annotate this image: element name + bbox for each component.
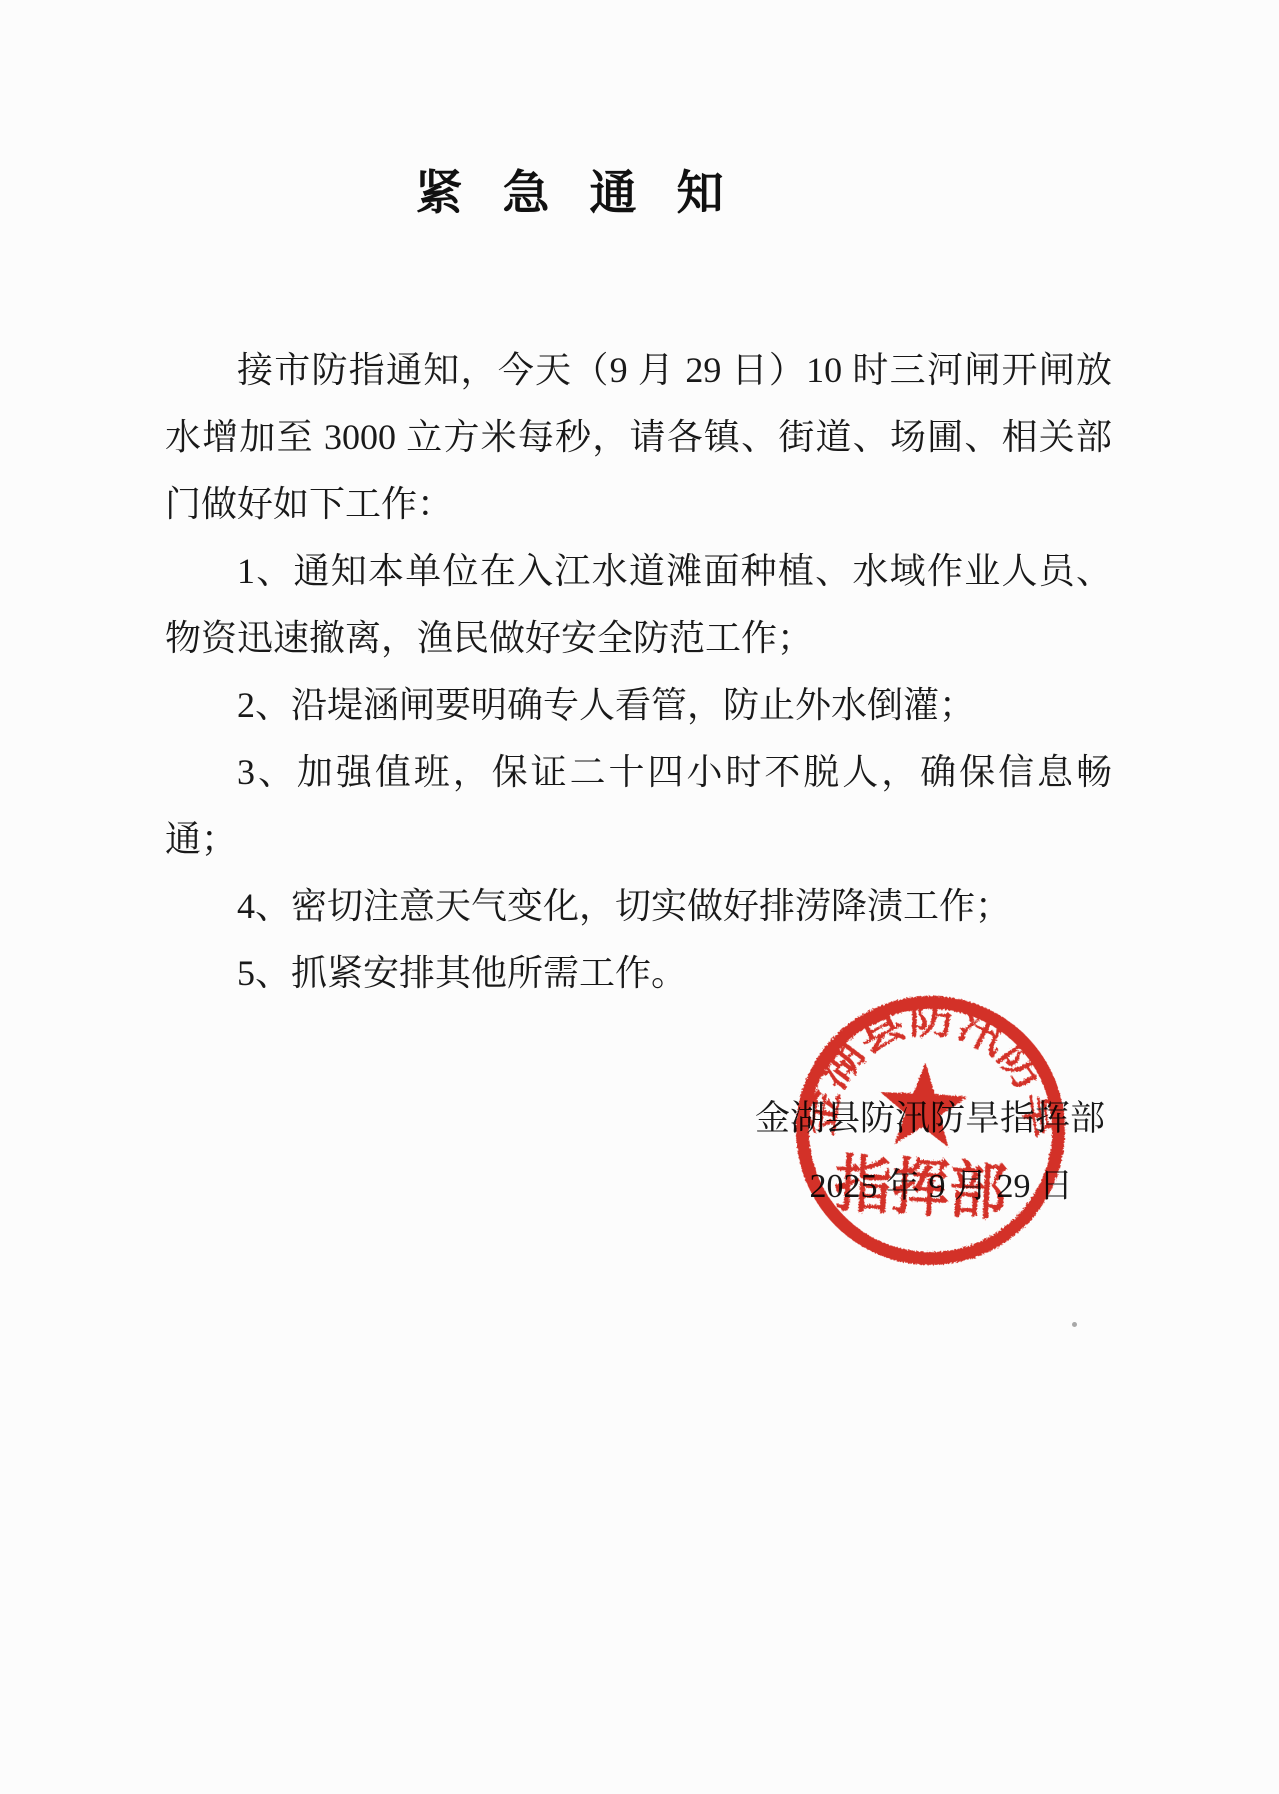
star-icon — [878, 1060, 970, 1148]
official-seal-stamp: 金湖县防汛防旱 指挥部 — [788, 988, 1073, 1273]
notice-document-page: 紧急通知 接市防指通知，今天（9 月 29 日）10 时三河闸开闸放水增加至 3… — [0, 0, 1279, 1794]
notice-list-item: 1、通知本单位在入江水道滩面种植、水域作业人员、物资迅速撤离，渔民做好安全防范工… — [165, 538, 1112, 672]
notice-list-item: 2、沿堤涵闸要明确专人看管，防止外水倒灌； — [165, 672, 1112, 739]
notice-intro-paragraph: 接市防指通知，今天（9 月 29 日）10 时三河闸开闸放水增加至 3000 立… — [165, 337, 1112, 538]
seal-bottom-text: 指挥部 — [833, 1150, 1008, 1228]
scan-speck — [1072, 1322, 1077, 1327]
page-title: 紧急通知 — [0, 156, 1229, 223]
notice-list-item: 3、加强值班，保证二十四小时不脱人，确保信息畅通； — [165, 739, 1112, 873]
notice-body: 接市防指通知，今天（9 月 29 日）10 时三河闸开闸放水增加至 3000 立… — [165, 337, 1112, 1007]
notice-list-item: 4、密切注意天气变化，切实做好排涝降渍工作； — [165, 873, 1112, 940]
